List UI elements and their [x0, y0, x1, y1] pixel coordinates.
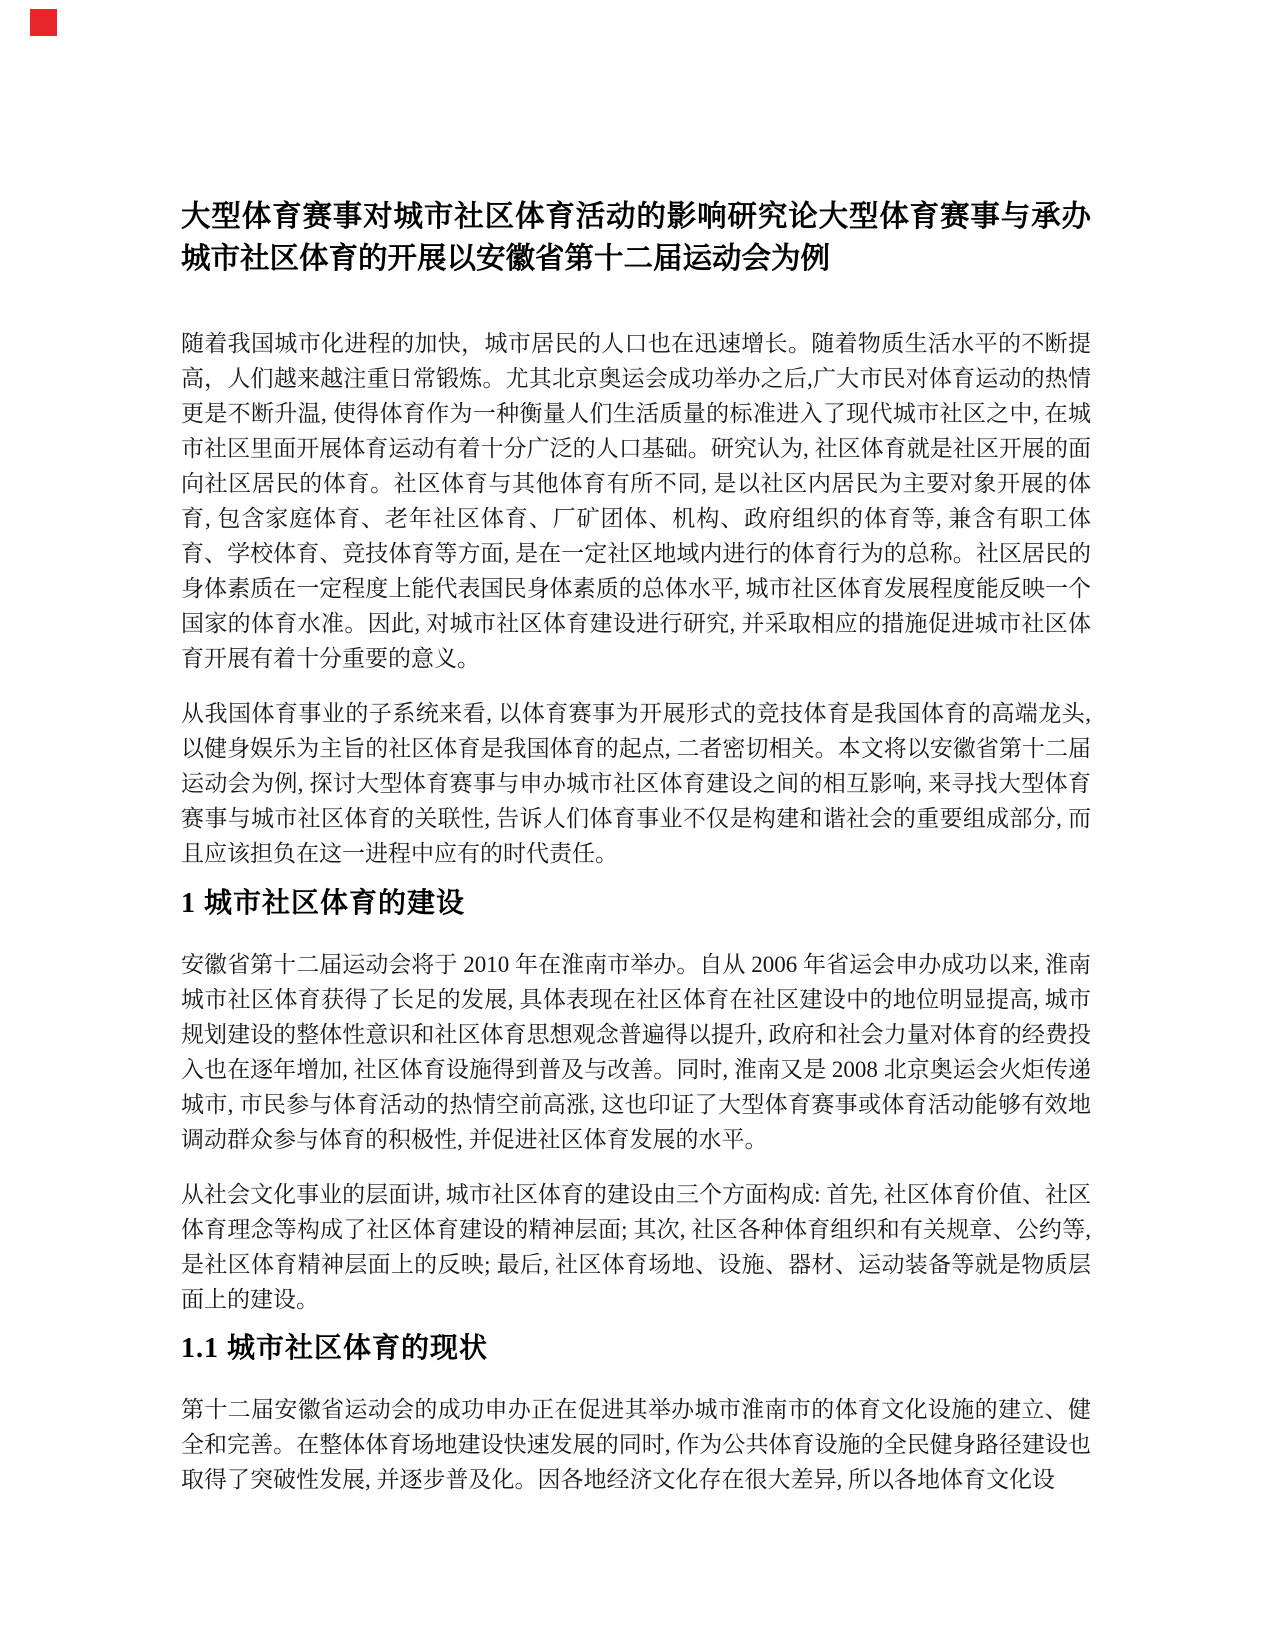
section-1-1-paragraph: 第十二届安徽省运动会的成功申办正在促进其举办城市淮南市的体育文化设施的建立、健全…: [181, 1392, 1091, 1497]
section-1-heading: 1 城市社区体育的建设: [181, 884, 1091, 924]
document-page: 大型体育赛事对城市社区体育活动的影响研究论大型体育赛事与承办城市社区体育的开展以…: [0, 0, 1275, 1650]
section-1-paragraph-2: 从社会文化事业的层面讲, 城市社区体育的建设由三个方面构成: 首先, 社区体育价…: [181, 1177, 1091, 1317]
article-content: 大型体育赛事对城市社区体育活动的影响研究论大型体育赛事与承办城市社区体育的开展以…: [181, 0, 1091, 1497]
article-title: 大型体育赛事对城市社区体育活动的影响研究论大型体育赛事与承办城市社区体育的开展以…: [181, 196, 1091, 280]
intro-paragraph: 随着我国城市化进程的加快，城市居民的人口也在迅速增长。随着物质生活水平的不断提高…: [181, 326, 1091, 676]
page-corner-marker: [30, 9, 57, 36]
section-1-1-heading: 1.1 城市社区体育的现状: [181, 1329, 1091, 1369]
overview-paragraph: 从我国体育事业的子系统来看, 以体育赛事为开展形式的竞技体育是我国体育的高端龙头…: [181, 696, 1091, 871]
section-1-paragraph-1: 安徽省第十二届运动会将于 2010 年在淮南市举办。自从 2006 年省运会申办…: [181, 947, 1091, 1157]
